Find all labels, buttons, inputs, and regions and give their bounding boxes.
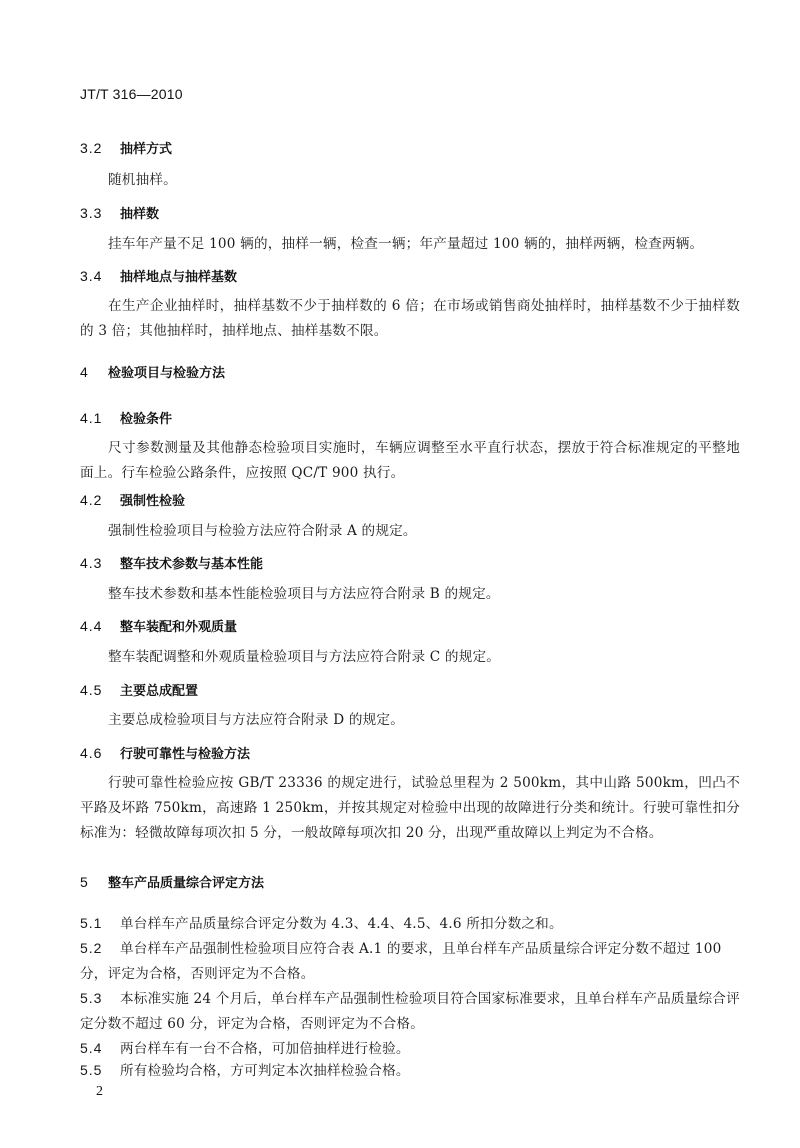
section-heading-4-3: 4.3整车技术参数与基本性能 xyxy=(80,553,740,572)
section-number: 4.1 xyxy=(80,410,120,426)
section-body-4-4: 整车装配调整和外观质量检验项目与方法应符合附录 C 的规定。 xyxy=(80,645,740,670)
section-body-4-3: 整车技术参数和基本性能检验项目与方法应符合附录 B 的规定。 xyxy=(80,582,740,607)
section-heading-4-1: 4.1检验条件 xyxy=(80,408,740,427)
section-title: 行驶可靠性与检验方法 xyxy=(120,747,250,762)
clause-number: 5.5 xyxy=(80,1058,120,1083)
clause-text: 两台样车有一台不合格，可加倍抽样进行检验。 xyxy=(120,1041,410,1057)
clause-5-3: 5.3本标准实施 24 个月后，单台样车产品强制性检验项目符合国家标准要求，且单… xyxy=(80,986,740,1037)
watermark-bottom xyxy=(0,1134,800,1142)
chapter-title: 整车产品质量综合评定方法 xyxy=(108,876,264,891)
clause-text: 本标准实施 24 个月后，单台样车产品强制性检验项目符合国家标准要求，且单台样车… xyxy=(80,991,740,1032)
section-body-4-1: 尺寸参数测量及其他静态检验项目实施时，车辆应调整至水平直行状态，摆放于符合标准规… xyxy=(80,436,740,486)
clause-text: 单台样车产品强制性检验项目应符合表 A.1 的要求，且单台样车产品质量综合评定分… xyxy=(80,941,721,982)
section-body-3-4: 在生产企业抽样时，抽样基数不少于抽样数的 6 倍；在市场或销售商处抽样时，抽样基… xyxy=(80,294,740,344)
section-body-4-5: 主要总成检验项目与方法应符合附录 D 的规定。 xyxy=(80,708,740,733)
clause-number: 5.2 xyxy=(80,936,120,961)
document-id: JT/T 316—2010 xyxy=(80,86,183,102)
section-title: 整车技术参数与基本性能 xyxy=(120,557,263,572)
watermark-top xyxy=(0,4,800,12)
section-number: 3.3 xyxy=(80,205,120,221)
section-heading-4-4: 4.4整车装配和外观质量 xyxy=(80,616,740,635)
section-title: 主要总成配置 xyxy=(120,684,198,699)
chapter-number: 4 xyxy=(80,364,108,380)
section-heading-3-2: 3.2抽样方式 xyxy=(80,138,740,157)
section-body-4-6: 行驶可靠性检验应按 GB/T 23336 的规定进行，试验总里程为 2 500k… xyxy=(80,771,740,846)
clause-number: 5.3 xyxy=(80,986,120,1011)
section-title: 强制性检验 xyxy=(120,494,185,509)
clause-text: 单台样车产品质量综合评定分数为 4.3、4.4、4.5、4.6 所扣分数之和。 xyxy=(120,916,563,932)
page-number: 2 xyxy=(96,1084,103,1100)
clause-text: 所有检验均合格，方可判定本次抽样检验合格。 xyxy=(120,1063,410,1079)
chapter-heading-5: 5整车产品质量综合评定方法 xyxy=(80,872,740,891)
section-title: 检验条件 xyxy=(120,412,172,427)
section-body-3-3: 挂车年产量不足 100 辆的，抽样一辆，检查一辆；年产量超过 100 辆的，抽样… xyxy=(80,232,740,257)
chapter-title: 检验项目与检验方法 xyxy=(108,366,225,381)
section-number: 3.2 xyxy=(80,140,120,156)
section-heading-4-6: 4.6行驶可靠性与检验方法 xyxy=(80,743,740,762)
clause-5-5: 5.5所有检验均合格，方可判定本次抽样检验合格。 xyxy=(80,1058,740,1084)
section-number: 3.4 xyxy=(80,268,120,284)
clause-number: 5.1 xyxy=(80,911,120,936)
section-body-4-2: 强制性检验项目与检验方法应符合附录 A 的规定。 xyxy=(80,519,740,544)
chapter-number: 5 xyxy=(80,874,108,890)
section-number: 4.5 xyxy=(80,682,120,698)
clause-5-2: 5.2单台样车产品强制性检验项目应符合表 A.1 的要求，且单台样车产品质量综合… xyxy=(80,936,740,987)
section-number: 4.4 xyxy=(80,618,120,634)
chapter-heading-4: 4检验项目与检验方法 xyxy=(80,362,740,381)
section-heading-3-4: 3.4抽样地点与抽样基数 xyxy=(80,266,740,285)
section-title: 整车装配和外观质量 xyxy=(120,620,237,635)
section-title: 抽样方式 xyxy=(120,142,172,157)
section-body-3-2: 随机抽样。 xyxy=(80,168,740,193)
section-heading-3-3: 3.3抽样数 xyxy=(80,203,740,222)
section-number: 4.3 xyxy=(80,555,120,571)
section-number: 4.6 xyxy=(80,745,120,761)
section-title: 抽样地点与抽样基数 xyxy=(120,270,237,285)
section-heading-4-2: 4.2强制性检验 xyxy=(80,490,740,509)
section-title: 抽样数 xyxy=(120,207,159,222)
section-heading-4-5: 4.5主要总成配置 xyxy=(80,680,740,699)
section-number: 4.2 xyxy=(80,492,120,508)
clause-5-1: 5.1单台样车产品质量综合评定分数为 4.3、4.4、4.5、4.6 所扣分数之… xyxy=(80,911,740,937)
